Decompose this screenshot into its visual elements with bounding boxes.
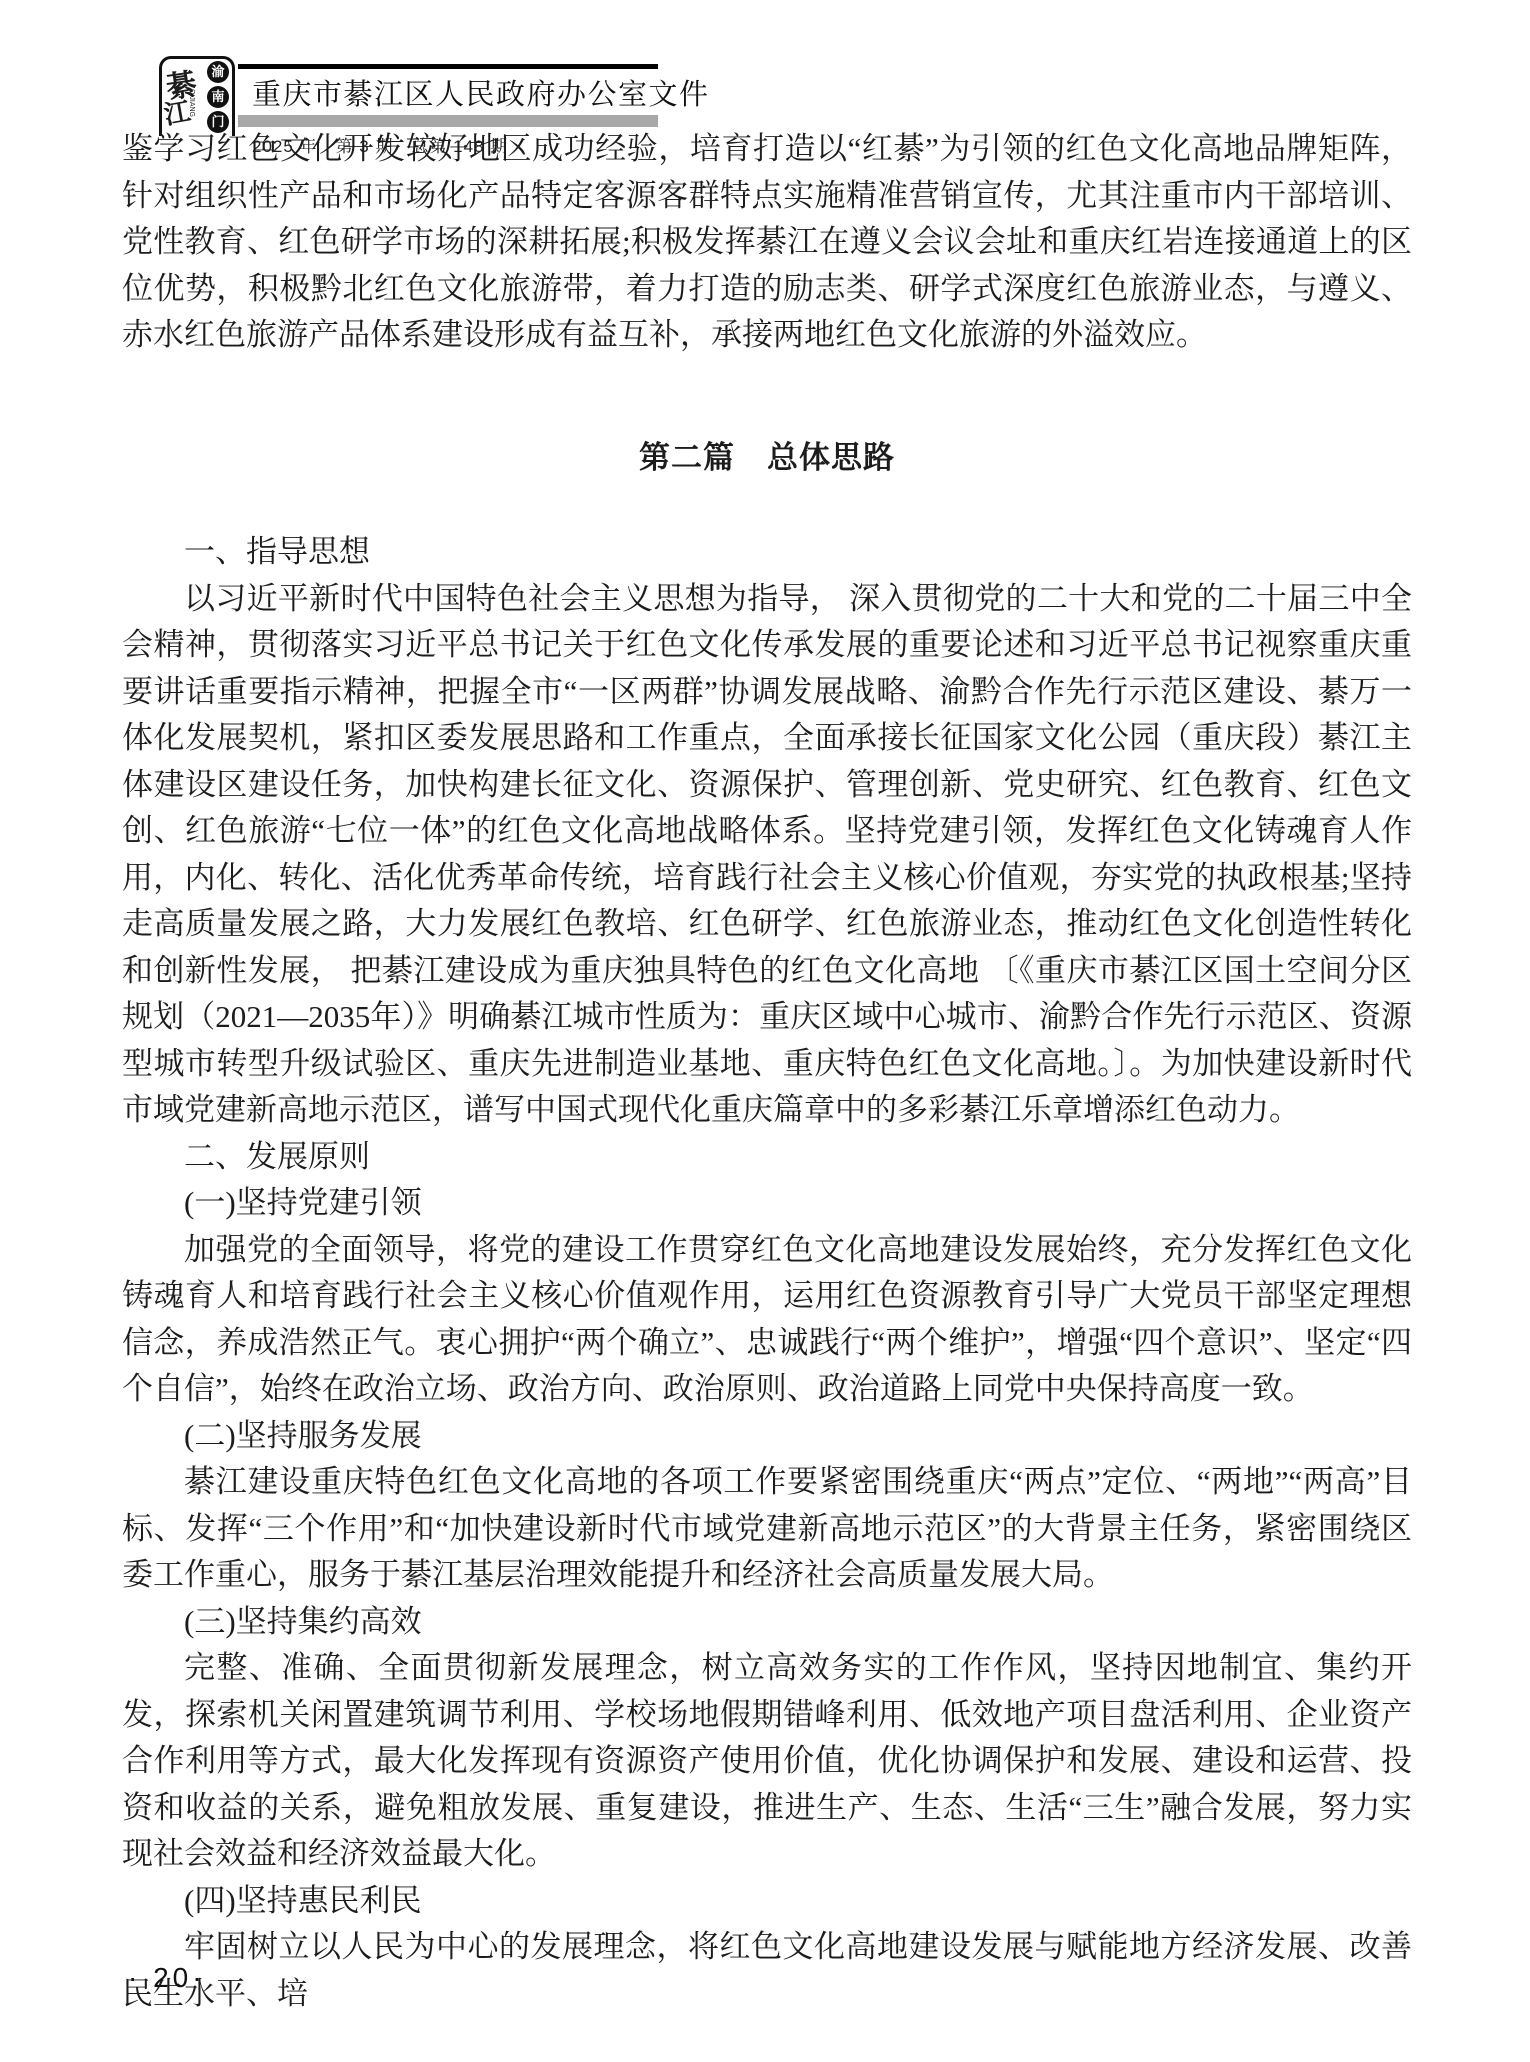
sub-heading: 一、指导思想 xyxy=(122,529,1412,576)
paragraph: 加强党的全面领导，将党的建设工作贯穿红色文化高地建设发展始终，充分发挥红色文化铸… xyxy=(122,1227,1412,1413)
masthead: 綦 江 QIJIANG 渝 南 门 重庆市綦江区人民政府办公室文件 2025 年… xyxy=(0,0,1530,140)
paragraph: 綦江建设重庆特色红色文化高地的各项工作要紧密围绕重庆“两点”定位、“两地”“两高… xyxy=(122,1459,1412,1599)
logo-seals: 渝 南 门 xyxy=(207,61,229,133)
sub-heading: (三)坚持集约高效 xyxy=(122,1599,1412,1646)
seal-icon: 渝 xyxy=(207,61,229,83)
page-number: · 20· xyxy=(128,1962,206,1994)
sub-heading: (四)坚持惠民利民 xyxy=(122,1878,1412,1925)
section-heading: 第二篇 总体思路 xyxy=(122,435,1412,482)
masthead-title: 重庆市綦江区人民政府办公室文件 xyxy=(238,69,658,115)
seal-icon: 南 xyxy=(207,86,229,108)
logo-latin-text: QIJIANG xyxy=(188,89,195,117)
document-page: 綦 江 QIJIANG 渝 南 门 重庆市綦江区人民政府办公室文件 2025 年… xyxy=(0,0,1530,2062)
sub-heading: 二、发展原则 xyxy=(122,1134,1412,1181)
paragraph: 牢固树立以人民为中心的发展理念，将红色文化高地建设发展与赋能地方经济发展、改善民… xyxy=(122,1924,1412,2017)
qijiang-logo: 綦 江 QIJIANG 渝 南 门 xyxy=(159,56,235,136)
sub-heading: (二)坚持服务发展 xyxy=(122,1413,1412,1460)
document-body: 鉴学习红色文化开发较好地区成功经验，培育打造以“红綦”为引领的红色文化高地品牌矩… xyxy=(122,126,1412,2017)
paragraph: 鉴学习红色文化开发较好地区成功经验，培育打造以“红綦”为引领的红色文化高地品牌矩… xyxy=(122,126,1412,359)
sub-heading: (一)坚持党建引领 xyxy=(122,1180,1412,1227)
paragraph: 以习近平新时代中国特色社会主义思想为指导， 深入贯彻党的二十大和党的二十届三中全… xyxy=(122,576,1412,1134)
paragraph: 完整、准确、全面贯彻新发展理念，树立高效务实的工作作风，坚持因地制宜、集约开发，… xyxy=(122,1645,1412,1878)
